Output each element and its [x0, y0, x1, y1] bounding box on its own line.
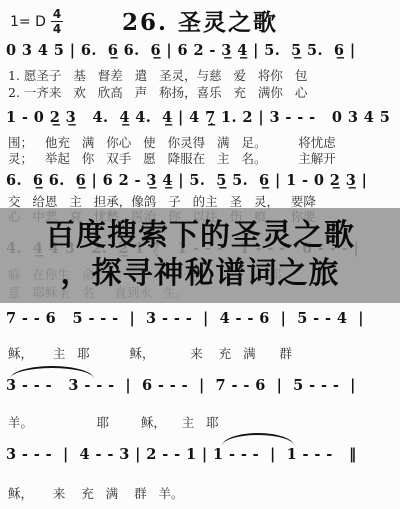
tie-arc-2	[222, 433, 294, 446]
lyrics-line-1a: 1. 愿圣子 基 督差 遣 圣灵，与慈 爱 将你 包	[8, 66, 400, 84]
music-line-3: 6. 6̲ 6. 6̲ | 6 2 - 3̲ 4̲ | 5. 5̲ 5. 6̲ …	[6, 172, 400, 189]
caption-line-2: ，探寻神秘谱词之旅	[0, 259, 400, 289]
lyrics-line-1b: 2. 一齐来 欢 欣高 声 称扬，喜乐 充 满你 心	[8, 83, 400, 101]
music-line-5: 7 - - 6 5 - - - | 3 - - - | 4 - - 6 | 5 …	[6, 310, 400, 327]
lyrics-line-6: 羊。 耶 稣， 主 耶	[8, 413, 400, 431]
music-line-7: 3 - - - | 4 - - 3 | 2 - - 1 | 1 - - - | …	[6, 446, 400, 463]
music-line-2: 1 - 0 2̲ 3̲ 4. 4̲ 4. 4̲ | 4 7̣̲ 1. 2 | 3…	[6, 109, 400, 126]
lyrics-line-5: 稣， 主 耶 稣， 来 充 满 群	[8, 344, 400, 362]
lyrics-line-2b: 灵； 举起 你 双手 愿 降服在 主 名。 主解开	[8, 149, 400, 167]
caption-banner: 百度搜索下的圣灵之歌 ，探寻神秘谱词之旅	[0, 208, 400, 303]
sheet-music-page: 1= D 4 4 26. 圣灵之歌 0 3 4 5 | 6. 6̲ 6. 6̲ …	[0, 0, 400, 509]
music-line-1: 0 3 4 5 | 6. 6̲ 6. 6̲ | 6 2 - 3̲ 4̲ | 5.…	[6, 42, 400, 59]
score-title: 26. 圣灵之歌	[0, 4, 400, 37]
lyrics-line-7: 稣， 来 充 满 群 羊。	[8, 484, 400, 502]
music-line-6: 3 - - - 3 - - - | 6 - - - | 7 - - 6 | 5 …	[6, 377, 400, 394]
caption-line-1: 百度搜索下的圣灵之歌	[0, 221, 400, 251]
